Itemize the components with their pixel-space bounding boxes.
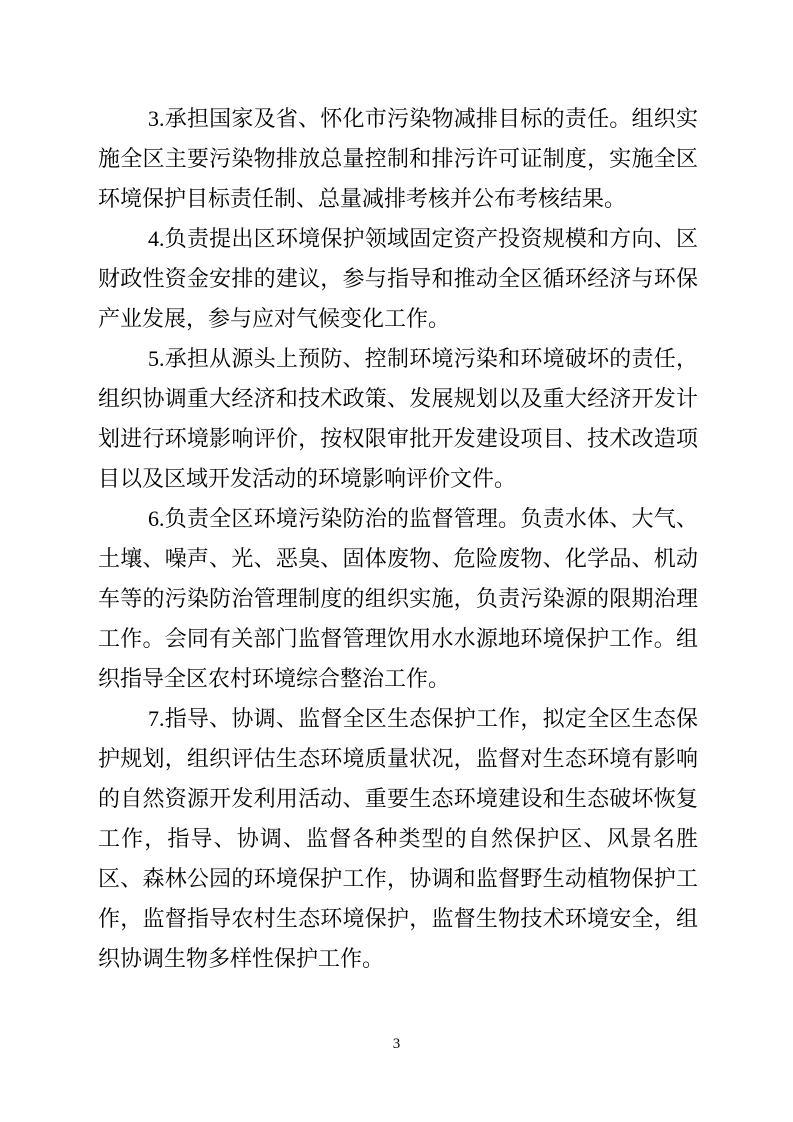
document-page: 3.承担国家及省、怀化市污染物减排目标的责任。组织实施全区主要污染物排放总量控制… — [0, 0, 793, 1122]
paragraph-item-4: 4.负责提出区环境保护领域固定资产投资规模和方向、区财政性资金安排的建议，参与指… — [98, 219, 698, 339]
paragraph-item-6: 6.负责全区环境污染防治的监督管理。负责水体、大气、土壤、噪声、光、恶臭、固体废… — [98, 499, 698, 699]
document-body: 3.承担国家及省、怀化市污染物减排目标的责任。组织实施全区主要污染物排放总量控制… — [98, 99, 698, 979]
page-number: 3 — [393, 1036, 401, 1052]
paragraph-item-7: 7.指导、协调、监督全区生态保护工作，拟定全区生态保护规划，组织评估生态环境质量… — [98, 699, 698, 979]
paragraph-item-5: 5.承担从源头上预防、控制环境污染和环境破坏的责任，组织协调重大经济和技术政策、… — [98, 339, 698, 499]
page-footer: 3 — [0, 1033, 793, 1055]
paragraph-item-3: 3.承担国家及省、怀化市污染物减排目标的责任。组织实施全区主要污染物排放总量控制… — [98, 99, 698, 219]
